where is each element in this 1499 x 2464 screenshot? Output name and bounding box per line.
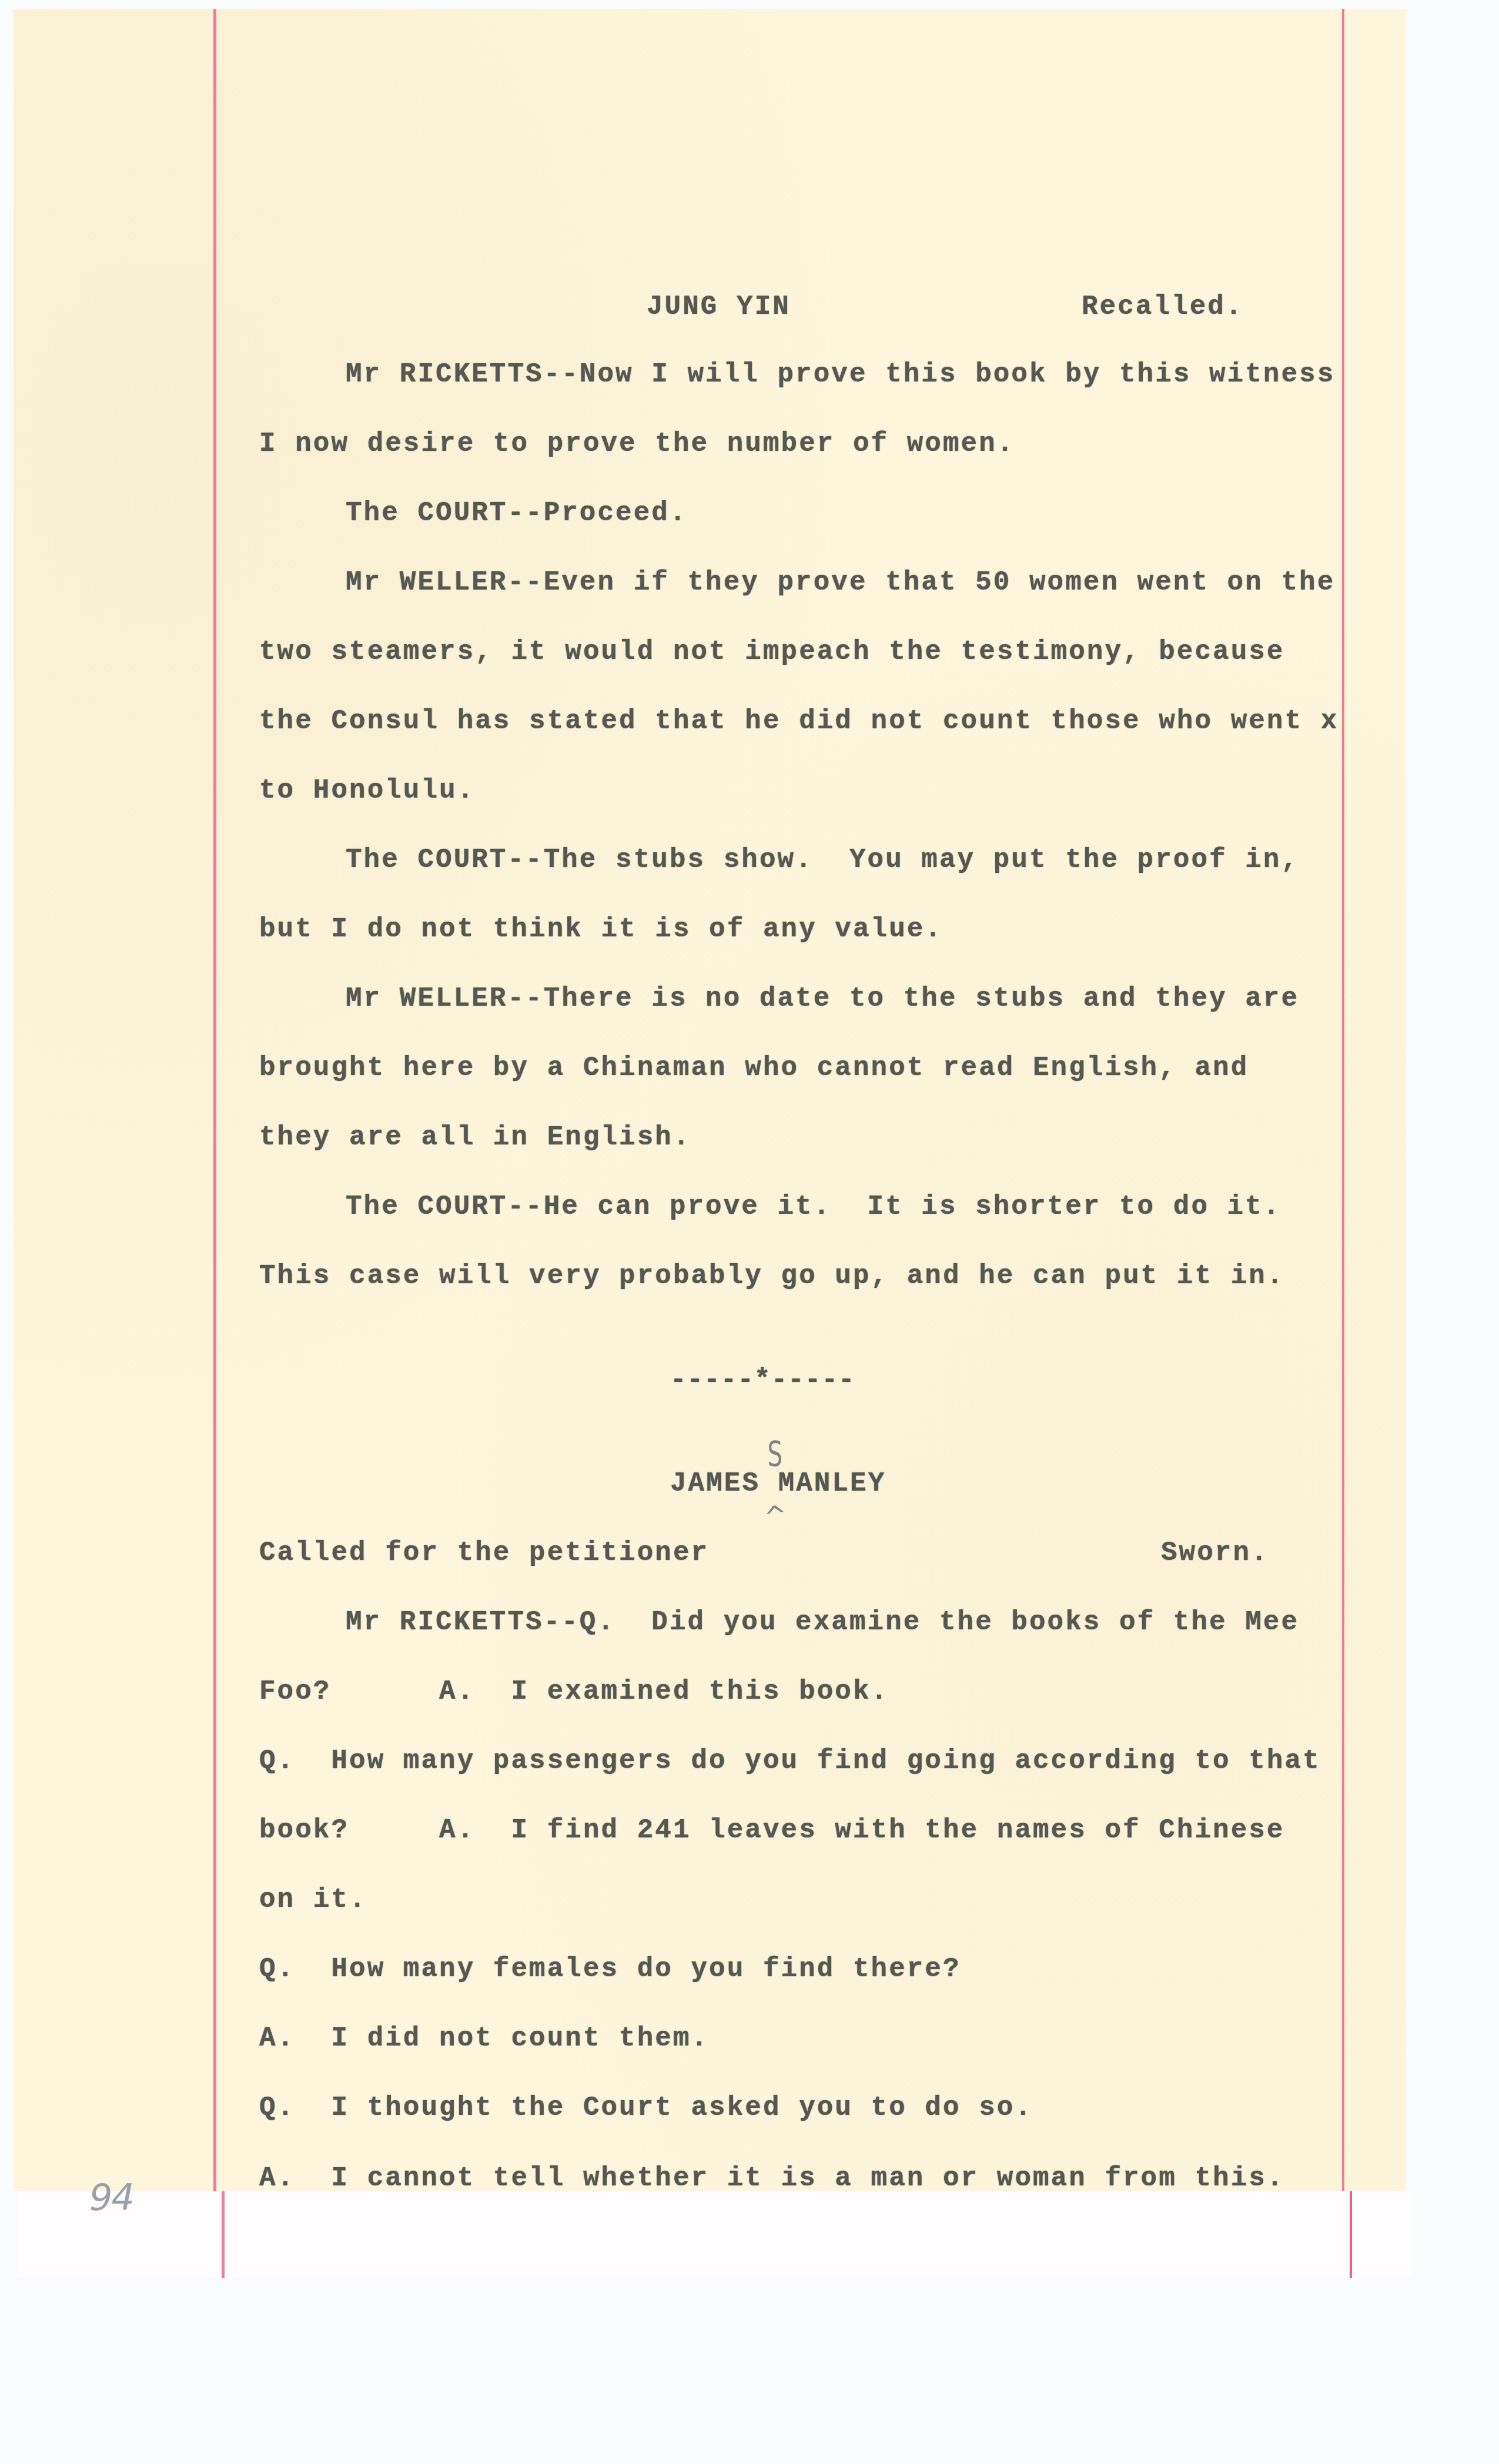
left-margin-rule-lower [222,2191,225,2278]
section-separator: -----*----- [670,1362,855,1398]
witness-heading-status: Recalled. [1082,289,1243,324]
handwritten-caret-mark: ^ [762,1499,789,1534]
transcript-line: A. I did not count them. [259,2021,709,2056]
transcript-line: The COURT--The stubs show. You may put t… [346,842,1299,878]
witness-heading-name: JUNG YIN [647,289,791,324]
witness-heading-name: JAMES MANLEY [670,1466,886,1501]
typed-transcript-page [14,9,1406,2191]
transcript-line: Mr WELLER--There is no date to the stubs… [346,981,1299,1016]
transcript-line: I now desire to prove the number of wome… [259,426,1015,461]
transcript-line: Q. How many females do you find there? [259,1951,961,1987]
transcript-line: two steamers, it would not impeach the t… [259,634,1284,669]
transcript-line: brought here by a Chinaman who cannot re… [259,1050,1249,1086]
transcript-line: Q. How many passengers do you find going… [259,1743,1321,1779]
transcript-line: they are all in English. [259,1120,691,1155]
handwritten-page-number: 94 [89,2176,133,2219]
transcript-line: on it. [259,1882,367,1917]
transcript-line: The COURT--Proceed. [346,496,688,531]
oath-status: Sworn. [1161,1535,1269,1571]
called-for-label: Called for the petitioner [259,1535,709,1571]
transcript-line: A. I cannot tell whether it is a man or … [259,2161,1284,2196]
transcript-line: Mr WELLER--Even if they prove that 50 wo… [346,565,1335,600]
transcript-line: but I do not think it is of any value. [259,912,943,947]
right-margin-rule [1342,9,1344,2191]
transcript-line: the Consul has stated that he did not co… [259,704,1339,739]
transcript-line: to Honolulu. [259,773,475,808]
transcript-line: Mr RICKETTS--Now I will prove this book … [346,357,1335,392]
left-margin-rule [213,9,216,2191]
transcript-line: Q. I thought the Court asked you to do s… [259,2090,1033,2125]
transcript-line: Foo? A. I examined this book. [259,1674,889,1709]
transcript-line: Mr RICKETTS--Q. Did you examine the book… [346,1605,1299,1640]
right-margin-rule-lower [1350,2191,1352,2278]
transcript-line: This case will very probably go up, and … [259,1258,1284,1294]
transcript-line: book? A. I find 241 leaves with the name… [259,1813,1284,1848]
transcript-line: The COURT--He can prove it. It is shorte… [346,1189,1281,1224]
page-bottom-scan-strip [18,2191,1412,2278]
